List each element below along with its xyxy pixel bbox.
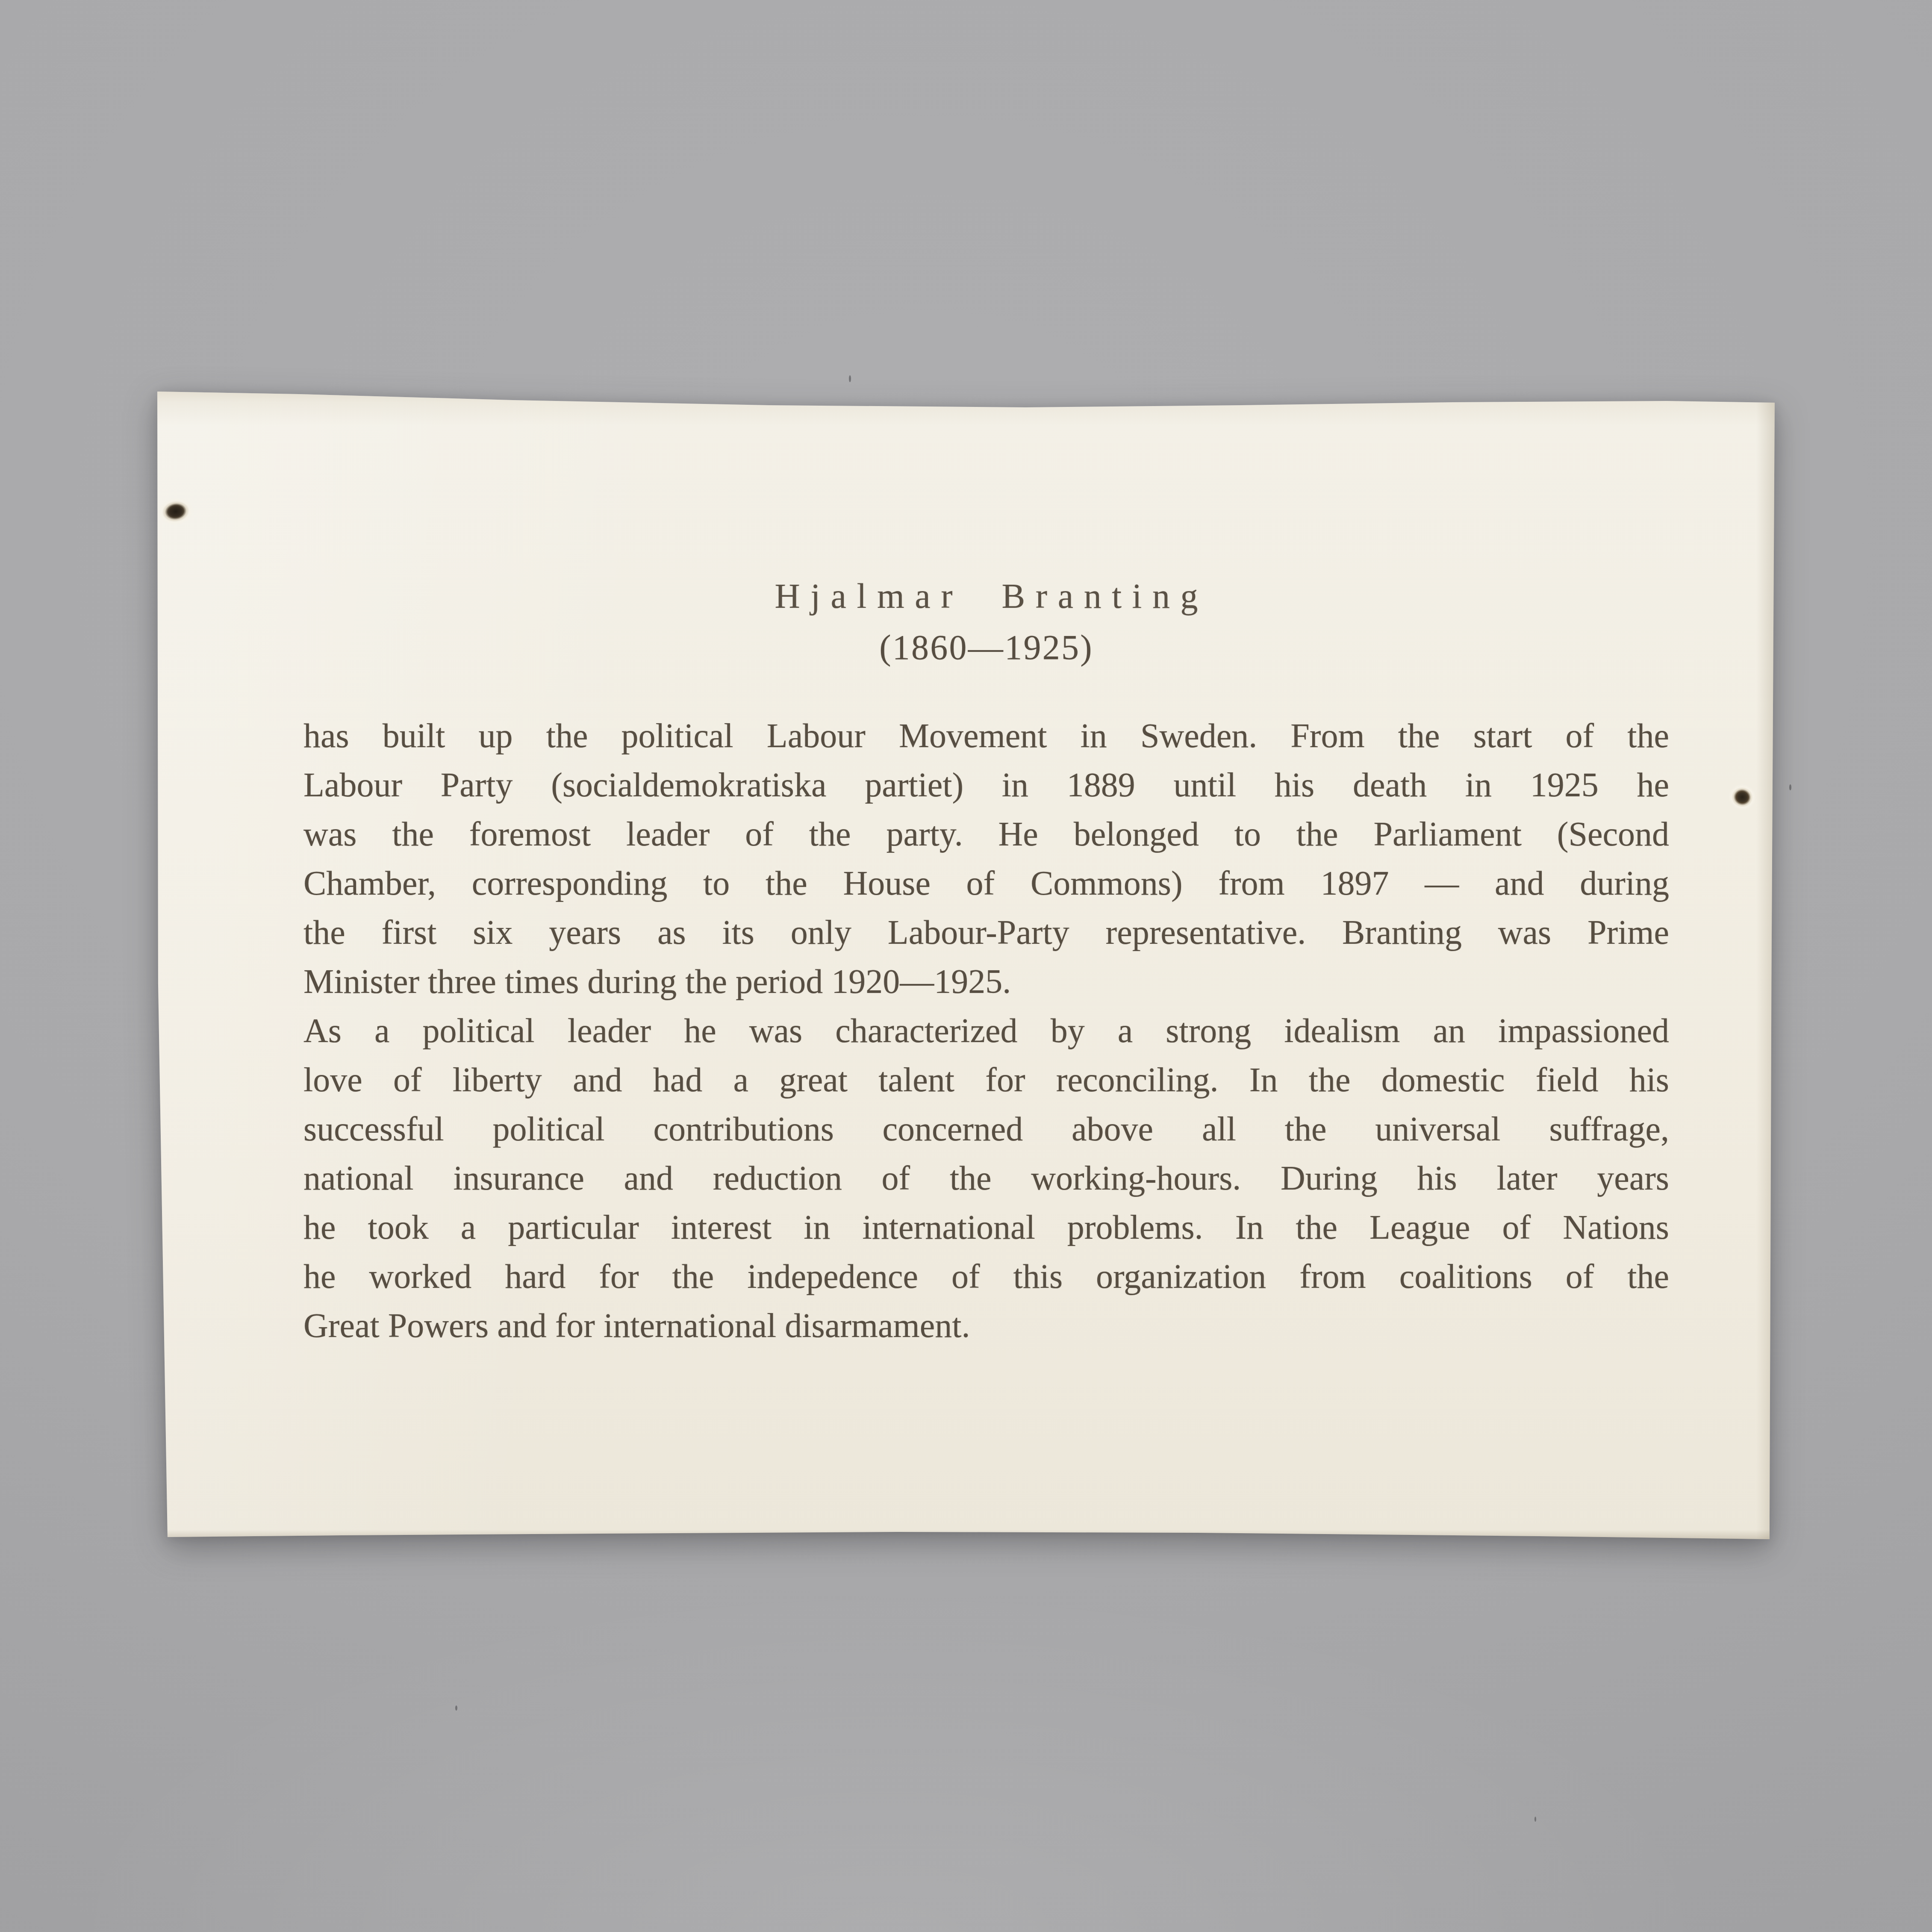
text-line: national insurance and reduction of the … [303,1154,1669,1203]
text-line: Minister three times during the period 1… [303,957,1669,1007]
document-body: has built up the political Labour Moveme… [303,712,1669,1351]
pin-hole-right-icon [1718,777,1766,822]
text-line: As a political leader he was characteriz… [303,1007,1669,1056]
paper-shadow: Hjalmar Branting (1860—1925) has built u… [0,0,1932,1932]
text-line: was the foremost leader of the party. He… [303,810,1669,859]
text-line: he worked hard for the indepedence of th… [303,1252,1669,1302]
paper-card: Hjalmar Branting (1860—1925) has built u… [156,387,1776,1541]
pin-hole-left-icon [154,491,206,533]
text-line: has built up the political Labour Moveme… [303,712,1669,761]
text-line: the first six years as its only Labour-P… [303,908,1669,957]
text-line: Great Powers and for international disar… [303,1302,1669,1351]
text-line: Chamber, corresponding to the House of C… [303,859,1669,908]
document-title: Hjalmar Branting [303,571,1669,622]
text-line: successful political contributions conce… [303,1105,1669,1154]
text-line: Labour Party (socialdemokratiska partiet… [303,761,1669,810]
text-line: love of liberty and had a great talent f… [303,1056,1669,1105]
paper-bottom-edge [156,1530,1776,1541]
photo-background: Hjalmar Branting (1860—1925) has built u… [0,0,1932,1932]
document-dates: (1860—1925) [303,622,1669,673]
text-line: he took a particular interest in interna… [303,1203,1669,1252]
paragraph-2: As a political leader he was characteriz… [303,1007,1669,1351]
document-content: Hjalmar Branting (1860—1925) has built u… [303,387,1669,1351]
paragraph-1: has built up the political Labour Moveme… [303,712,1669,1007]
